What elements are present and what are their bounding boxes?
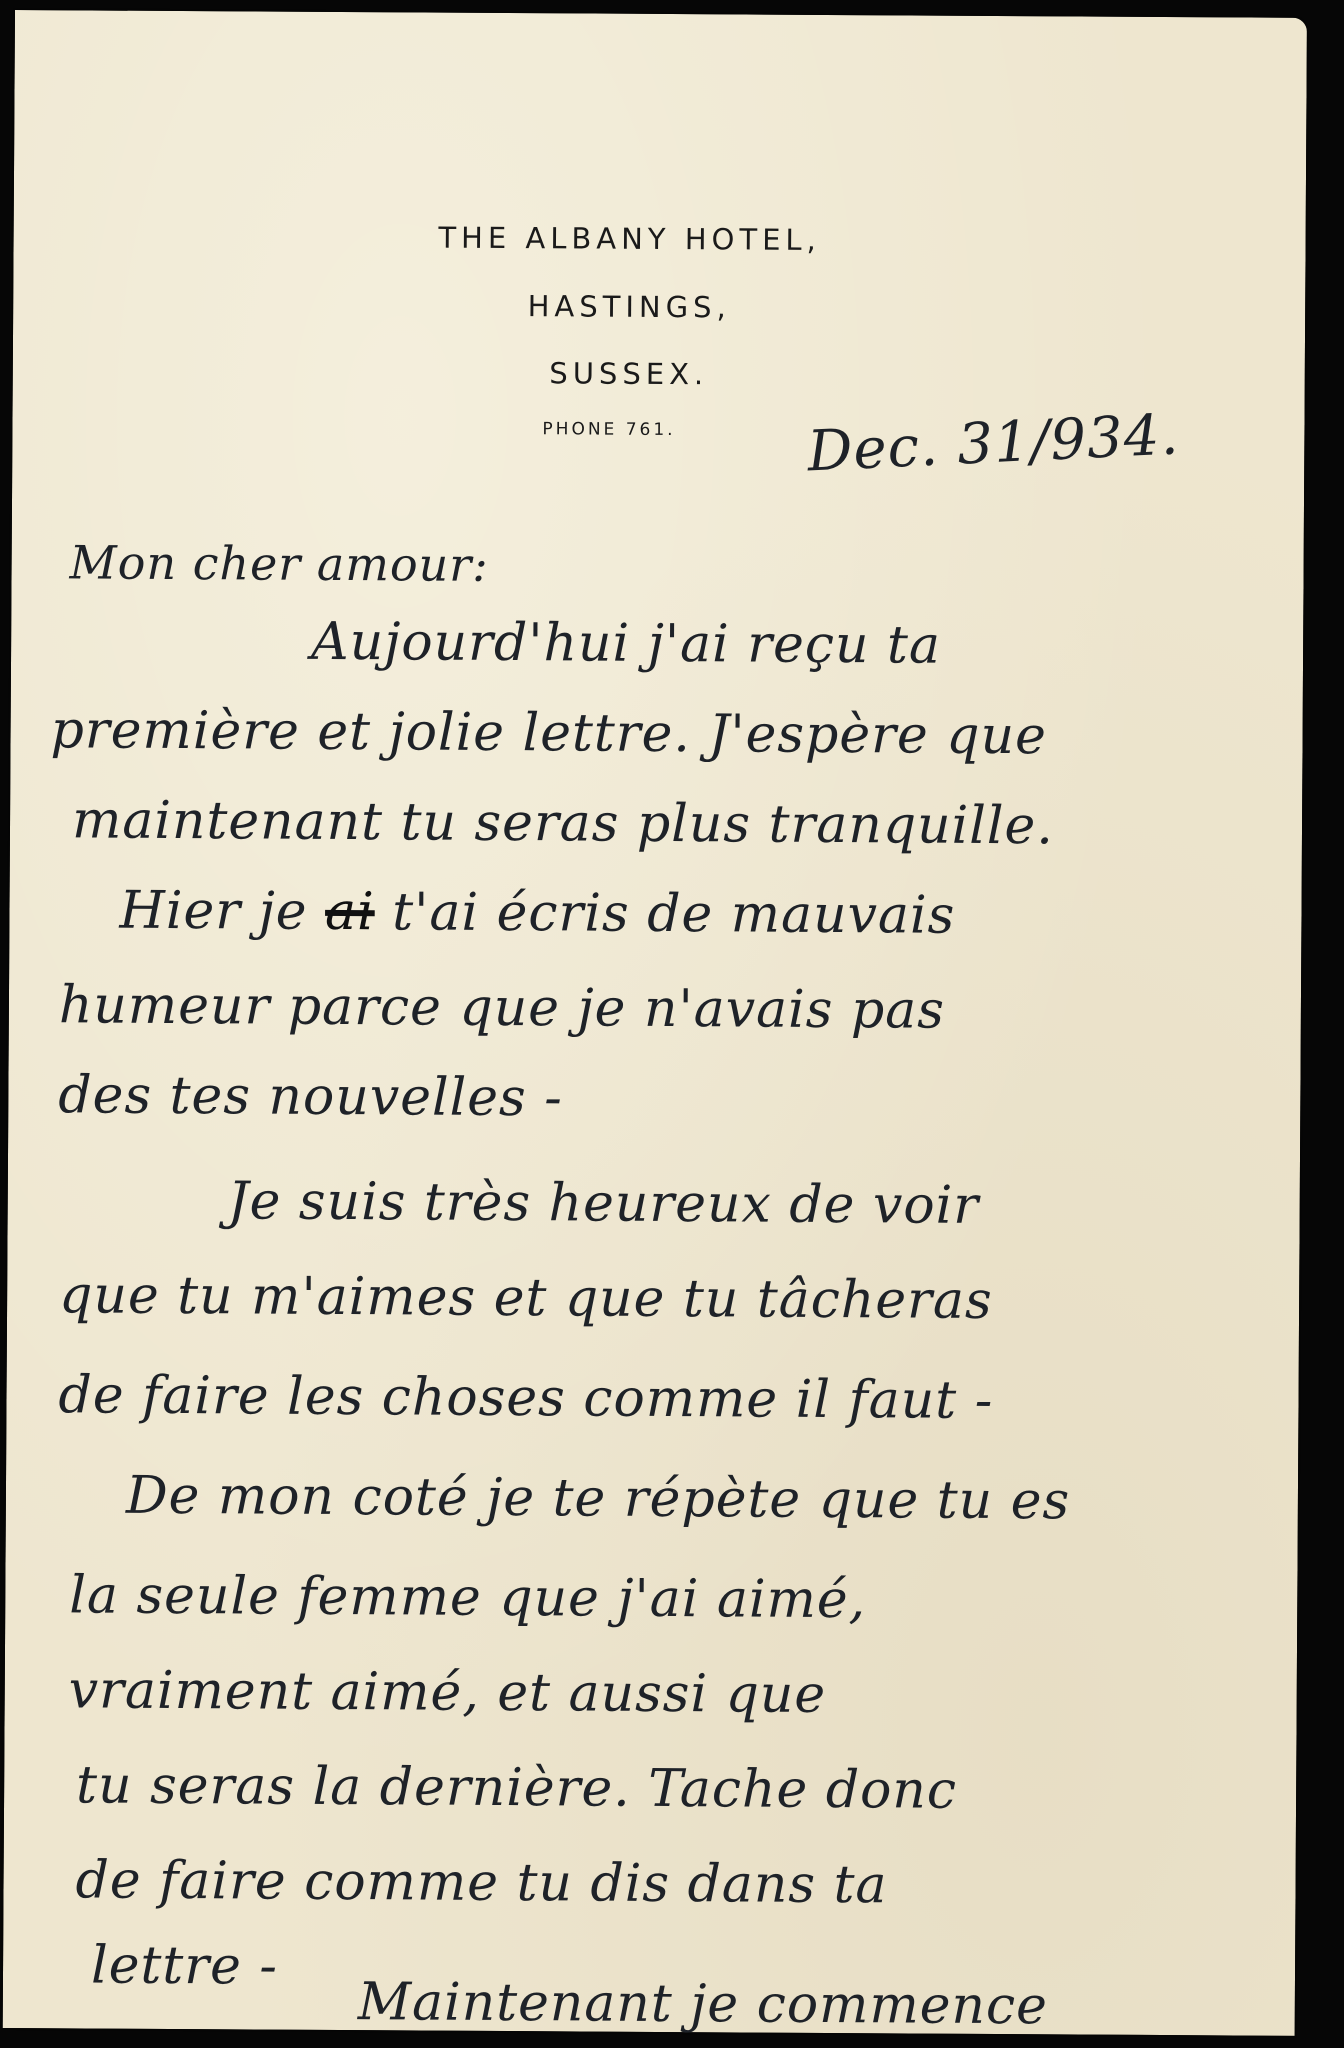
letter-line: Je suis très heureux de voir — [228, 1171, 980, 1236]
letter-line: que tu m'aimes et que tu tâcheras — [59, 1265, 993, 1331]
letter-line: de faire les choses comme il faut - — [58, 1365, 993, 1431]
letter-line: Maintenant je commence — [358, 1972, 1048, 2036]
letterhead-hotel-name: THE ALBANY HOTEL, — [0, 218, 1276, 260]
letter-line: De mon coté je te répète que tu es — [126, 1466, 1071, 1532]
letter-word: Hier je — [119, 881, 307, 942]
letter-line: vraiment aimé, et aussi que — [69, 1660, 827, 1725]
struck-out-word: ai — [325, 882, 375, 942]
letter-line: de faire comme tu dis dans ta — [75, 1850, 887, 1915]
salutation: Mon cher amour: — [69, 535, 488, 592]
letter-line: Aujourd'hui j'ai reçu ta — [311, 612, 941, 676]
letterhead-town: HASTINGS, — [0, 286, 1275, 328]
letter-line: première et jolie lettre. J'espère que — [50, 700, 1047, 766]
letter-sheet: THE ALBANY HOTEL, HASTINGS, SUSSEX. PHON… — [3, 10, 1307, 2036]
letter-date: Dec. 31/934. — [806, 402, 1180, 484]
letter-line: lettre - — [91, 1936, 278, 1997]
letter-line: la seule femme que j'ai aimé, — [69, 1565, 866, 1630]
letter-line: maintenant tu seras plus tranquille. — [72, 790, 1054, 856]
letterhead-county: SUSSEX. — [0, 353, 1275, 395]
letter-line: Hier je ai t'ai écris de mauvais — [119, 881, 955, 946]
letterhead-phone: PHONE 761. — [542, 419, 675, 440]
letter-line: tu seras la dernière. Tache donc — [76, 1755, 957, 1820]
letter-line: humeur parce que je n'avais pas — [59, 975, 945, 1040]
letter-word: t'ai écris de mauvais — [392, 882, 955, 945]
letter-line: des tes nouvelles - — [58, 1065, 563, 1128]
